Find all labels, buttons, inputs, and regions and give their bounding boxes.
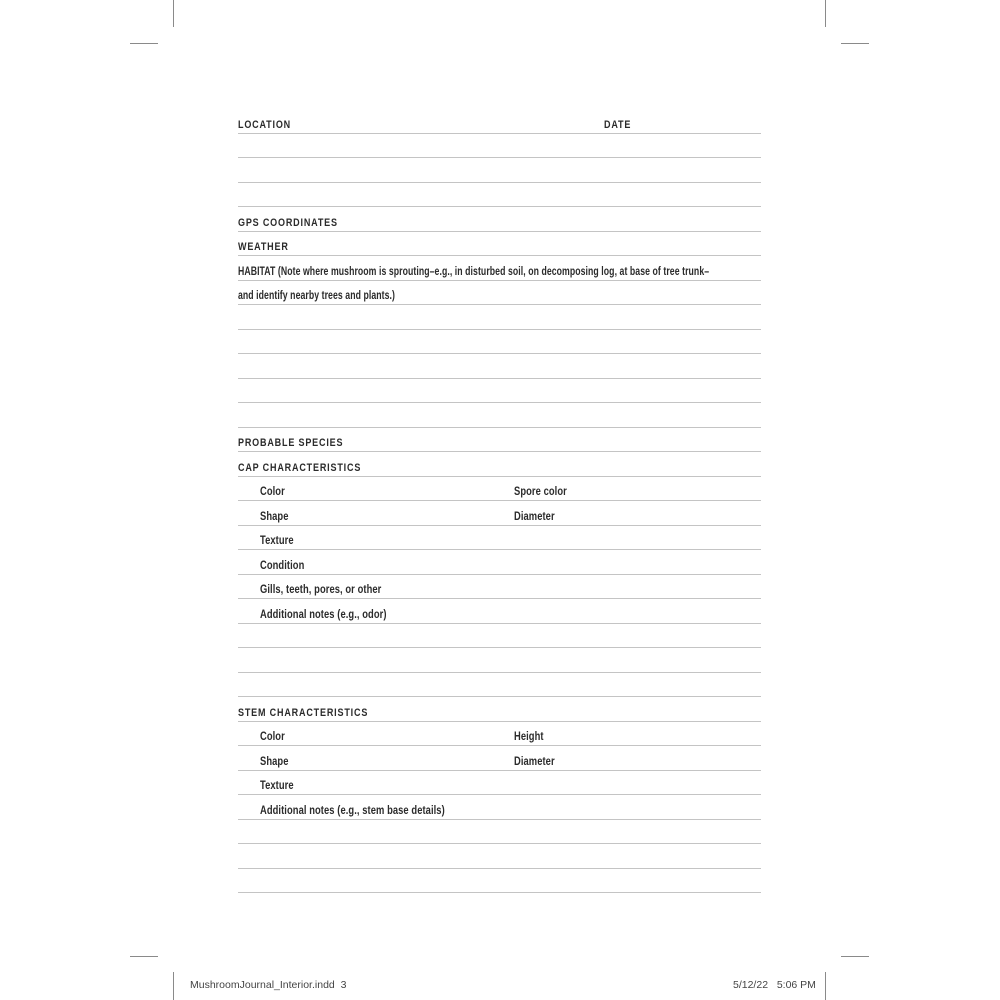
habitat-blank-line[interactable]	[238, 355, 761, 379]
habitat-field-continued[interactable]: and identify nearby trees and plants.)	[238, 281, 761, 305]
spore-color-label: Spore color	[514, 484, 567, 498]
stem-texture-field[interactable]: Texture	[238, 771, 761, 795]
cap-diameter-label: Diameter	[514, 509, 555, 523]
stem-notes-field[interactable]: Additional notes (e.g., stem base detail…	[238, 796, 761, 820]
crop-mark-bottom-right-vertical	[825, 972, 826, 1000]
probable-species-field[interactable]: PROBABLE SPECIES	[238, 428, 761, 452]
page-number: 3	[341, 979, 347, 991]
cap-color-field[interactable]: Color Spore color	[238, 477, 761, 501]
crop-mark-bottom-left-horizontal	[130, 956, 158, 957]
stem-notes-blank-line[interactable]	[238, 820, 761, 844]
crop-mark-top-right-horizontal	[841, 43, 869, 44]
gps-coordinates-field[interactable]: GPS COORDINATES	[238, 208, 761, 232]
cap-gills-field[interactable]: Gills, teeth, pores, or other	[238, 575, 761, 599]
location-blank-line[interactable]	[238, 159, 761, 183]
stem-diameter-label: Diameter	[514, 754, 555, 768]
habitat-blank-line[interactable]	[238, 306, 761, 330]
stem-color-label: Color	[260, 729, 285, 743]
stem-shape-field[interactable]: Shape Diameter	[238, 747, 761, 771]
cap-notes-label: Additional notes (e.g., odor)	[260, 607, 387, 621]
habitat-blank-line[interactable]	[238, 330, 761, 354]
stem-characteristics-heading: STEM CHARACTERISTICS	[238, 698, 761, 722]
print-time: 5:06 PM	[777, 979, 816, 991]
probable-species-label: PROBABLE SPECIES	[238, 437, 343, 449]
cap-condition-label: Condition	[260, 558, 304, 572]
cap-gills-label: Gills, teeth, pores, or other	[260, 582, 381, 596]
habitat-field[interactable]: HABITAT (Note where mushroom is sproutin…	[238, 257, 761, 281]
stem-shape-label: Shape	[260, 754, 288, 768]
habitat-label-continued: and identify nearby trees and plants.)	[238, 288, 395, 302]
cap-notes-blank-line[interactable]	[238, 673, 761, 697]
stem-height-label: Height	[514, 729, 544, 743]
stem-color-field[interactable]: Color Height	[238, 722, 761, 746]
location-label: LOCATION	[238, 119, 291, 131]
mushroom-journal-form: LOCATION DATE GPS COORDINATES WEATHER HA…	[238, 0, 761, 1000]
stem-texture-label: Texture	[260, 778, 294, 792]
footer-filename: MushroomJournal_Interior.indd 3	[190, 979, 346, 991]
location-date-field[interactable]: LOCATION DATE	[238, 110, 761, 134]
habitat-blank-line[interactable]	[238, 404, 761, 428]
cap-shape-field[interactable]: Shape Diameter	[238, 502, 761, 526]
cap-notes-field[interactable]: Additional notes (e.g., odor)	[238, 600, 761, 624]
habitat-blank-line[interactable]	[238, 379, 761, 403]
stem-notes-blank-line[interactable]	[238, 869, 761, 893]
crop-mark-top-right-vertical	[825, 0, 826, 27]
cap-notes-blank-line[interactable]	[238, 649, 761, 673]
location-blank-line[interactable]	[238, 134, 761, 158]
cap-shape-label: Shape	[260, 509, 288, 523]
cap-characteristics-label: CAP CHARACTERISTICS	[238, 462, 361, 474]
crop-mark-bottom-left-vertical	[173, 972, 174, 1000]
gps-coordinates-label: GPS COORDINATES	[238, 217, 338, 229]
cap-characteristics-heading: CAP CHARACTERISTICS	[238, 453, 761, 477]
cap-condition-field[interactable]: Condition	[238, 551, 761, 575]
habitat-label: HABITAT (Note where mushroom is sproutin…	[238, 264, 709, 278]
cap-color-label: Color	[260, 484, 285, 498]
location-blank-line[interactable]	[238, 183, 761, 207]
stem-notes-blank-line[interactable]	[238, 845, 761, 869]
weather-label: WEATHER	[238, 241, 289, 253]
cap-notes-blank-line[interactable]	[238, 624, 761, 648]
footer-timestamp: 5/12/22 5:06 PM	[733, 979, 816, 991]
filename: MushroomJournal_Interior.indd	[190, 979, 335, 991]
weather-field[interactable]: WEATHER	[238, 232, 761, 256]
date-label: DATE	[604, 119, 631, 131]
crop-mark-bottom-right-horizontal	[841, 956, 869, 957]
stem-characteristics-label: STEM CHARACTERISTICS	[238, 707, 368, 719]
cap-texture-label: Texture	[260, 533, 294, 547]
crop-mark-top-left-horizontal	[130, 43, 158, 44]
print-date: 5/12/22	[733, 979, 768, 991]
stem-notes-label: Additional notes (e.g., stem base detail…	[260, 803, 445, 817]
cap-texture-field[interactable]: Texture	[238, 526, 761, 550]
crop-mark-top-left-vertical	[173, 0, 174, 27]
